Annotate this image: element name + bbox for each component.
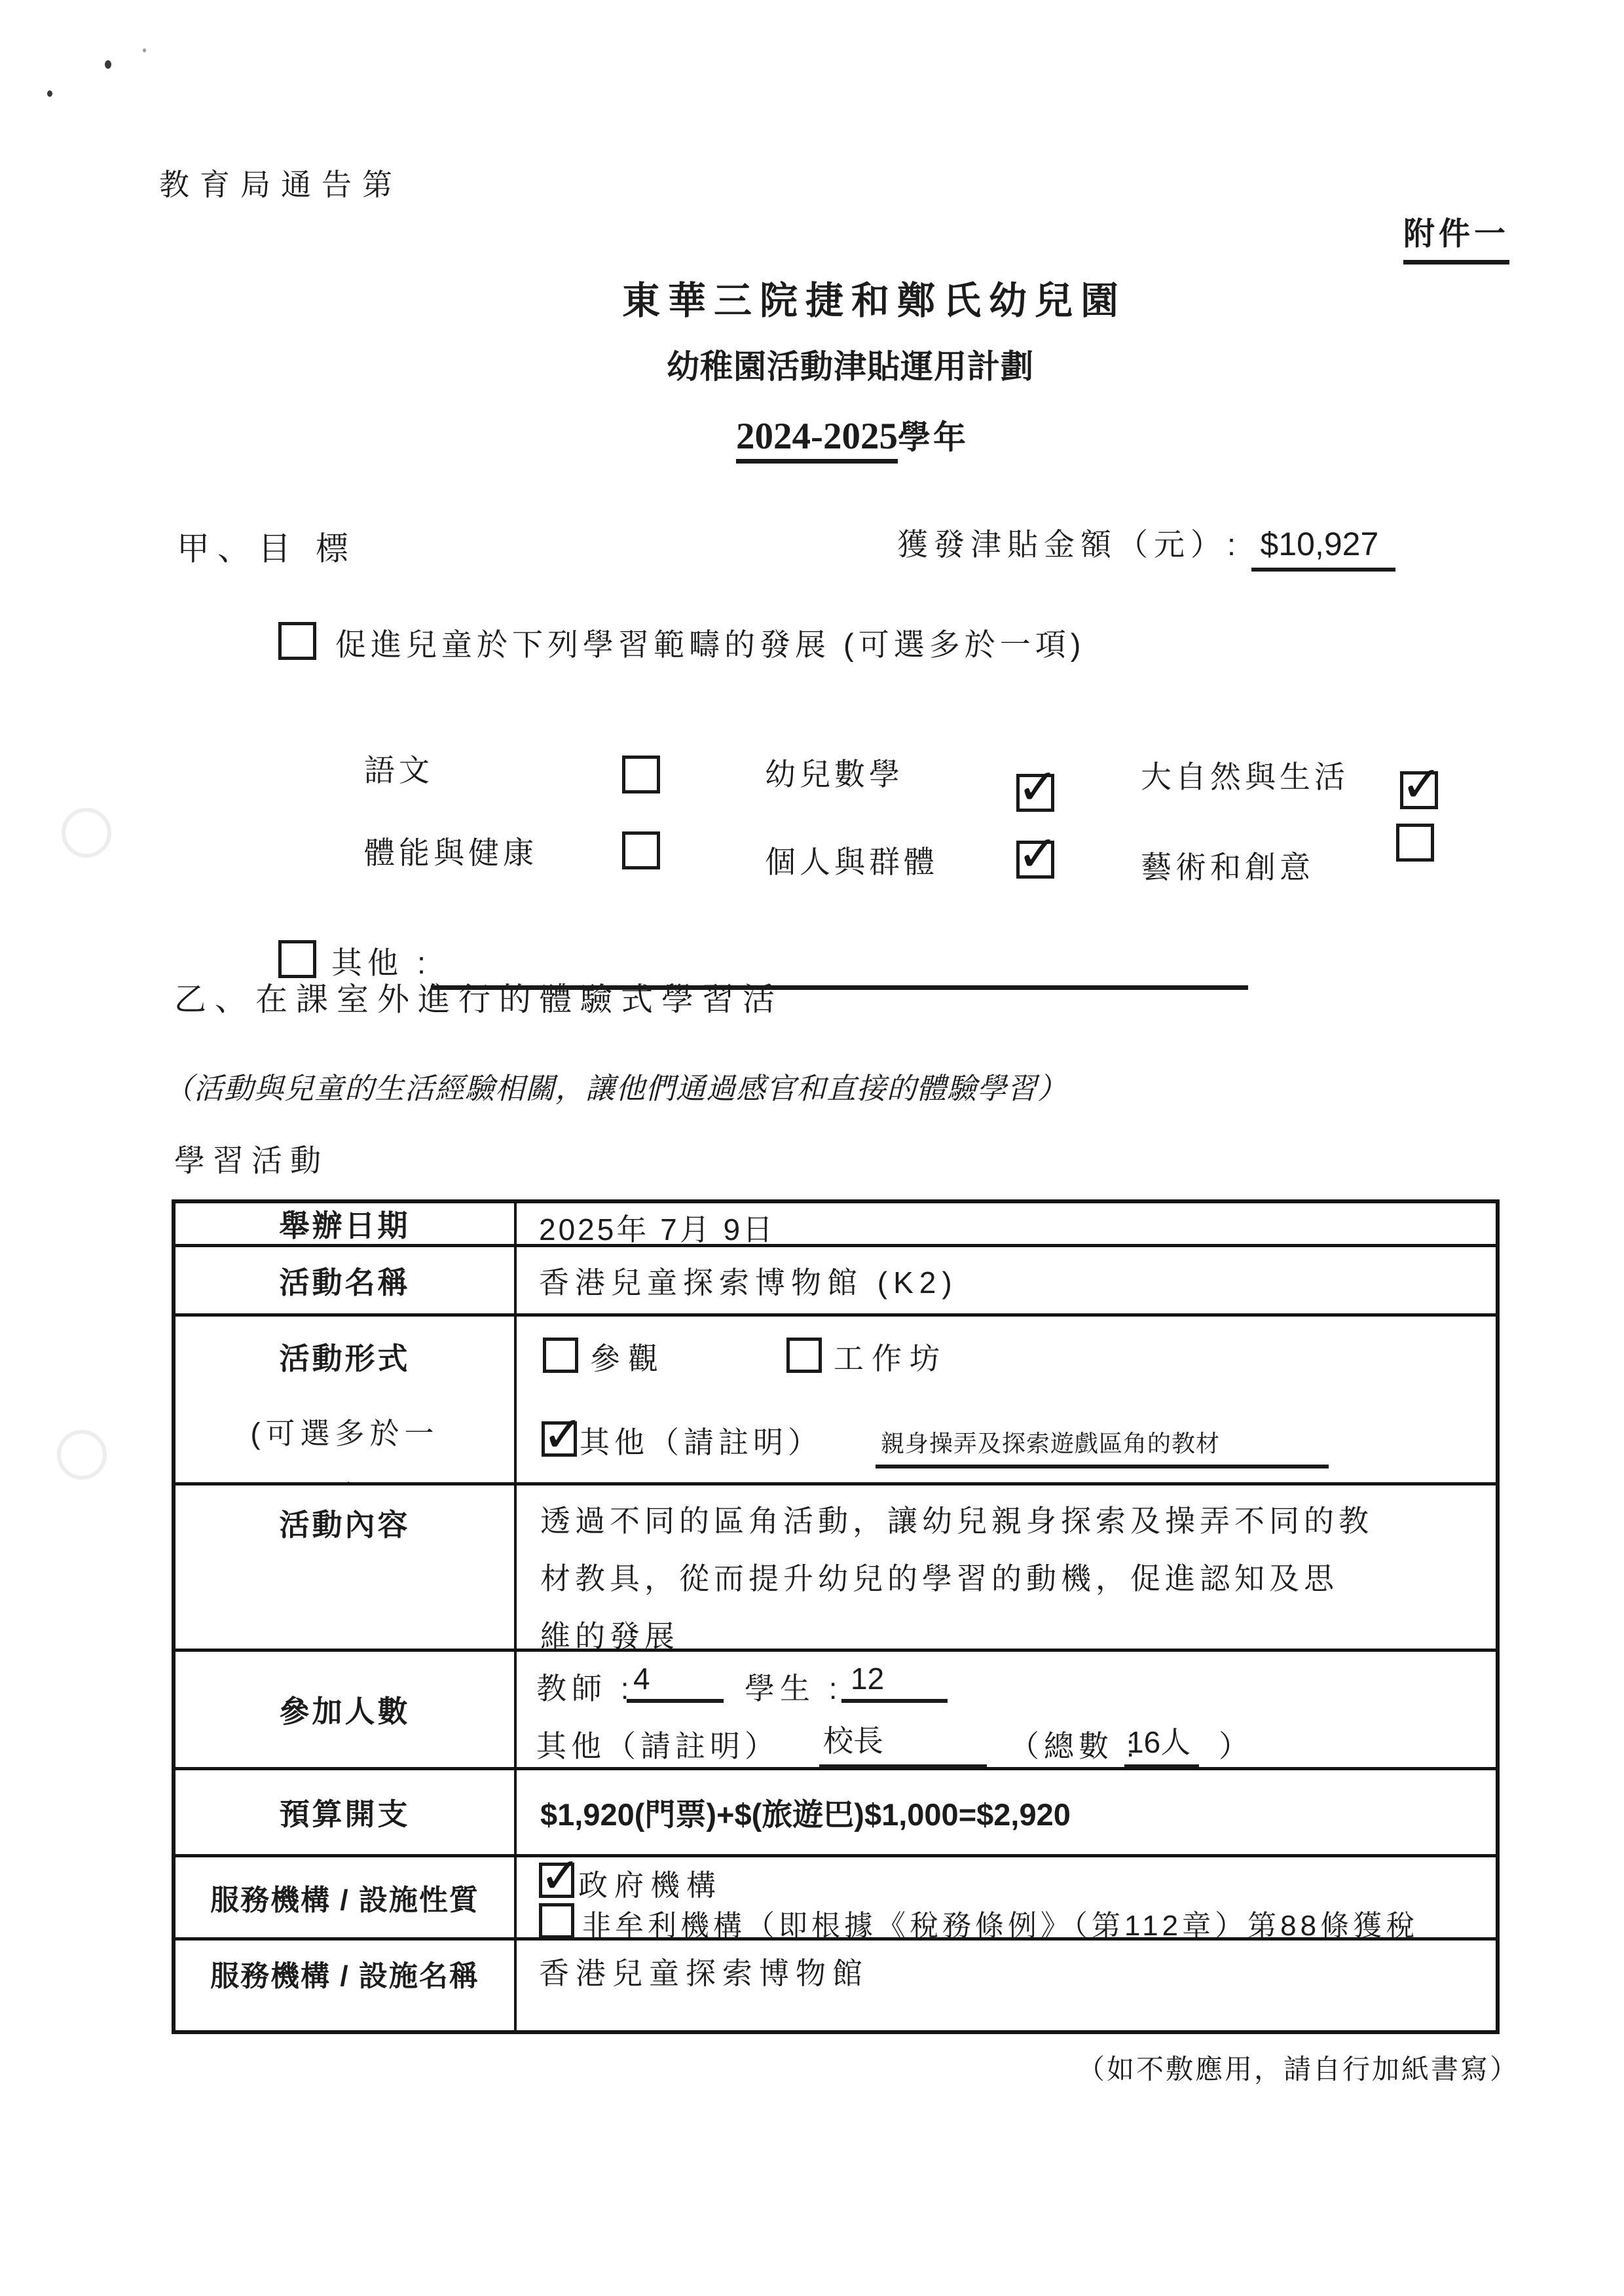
gov-org-label: 政府機構 xyxy=(578,1861,722,1904)
table-row-budget: 預算開支 $1,920(門票)+$(旅遊巴)$1,000=$2,920 xyxy=(175,1767,1496,1854)
teacher-label: 教師 : xyxy=(536,1665,635,1708)
row-value: 香港兒童探索博物館 xyxy=(517,1941,1496,2030)
format-other-label: 其他（請註明） xyxy=(580,1419,822,1462)
activity-table: 舉辦日期 2025年 7月 9日 活動名稱 香港兒童探索博物館 (K2) 活動形… xyxy=(172,1199,1500,2034)
teacher-count: 4 xyxy=(627,1661,724,1703)
punch-hole-mark xyxy=(57,1430,107,1480)
total-value: 16人 xyxy=(1124,1719,1199,1767)
student-label: 學生 : xyxy=(745,1665,843,1708)
row-label: 參加人數 xyxy=(175,1652,517,1767)
domain-label-language: 語文 xyxy=(364,746,434,790)
domain-checkbox-social xyxy=(1016,841,1054,879)
grant-amount-value: $10,927 xyxy=(1251,526,1396,572)
domain-label-nature: 大自然與生活 xyxy=(1141,753,1349,797)
ngo-org-label: 非牟利機構（即根據《稅務條例》（第112章）第88條獲稅 xyxy=(582,1902,1418,1937)
objective-checkbox xyxy=(278,622,316,660)
table-row-date: 舉辦日期 2025年 7月 9日 xyxy=(175,1203,1496,1244)
school-title: 東華三院捷和鄭氏幼兒園 xyxy=(622,270,1126,325)
attachment-label: 附件一 xyxy=(1403,208,1509,264)
scanned-form-page: 教育局通告第 附件一 東華三院捷和鄭氏幼兒園 幼稚園活動津貼運用計劃 2024-… xyxy=(0,0,1624,2296)
table-row-name: 活動名稱 香港兒童探索博物館 (K2) xyxy=(175,1244,1496,1313)
row-label: 活動形式 (可選多於一 項) xyxy=(175,1317,517,1482)
row-label: 服務機構 / 設施性質 xyxy=(175,1857,517,1937)
section-b-heading: 乙、在課室外進行的體驗式學習活 xyxy=(174,974,783,1020)
content-line-clipped: 維的發展 xyxy=(540,1607,1479,1649)
section-b-note: （活動與兒童的生活經驗相關，讓他們通過感官和直接的體驗學習） xyxy=(164,1065,1067,1107)
format-other-note: 親身操弄及探索遊戲區角的教材 xyxy=(881,1425,1220,1459)
activity-name: 香港兒童探索博物館 (K2) xyxy=(539,1259,958,1302)
domain-checkbox-nature xyxy=(1400,771,1438,809)
table-row-org-type: 服務機構 / 設施性質 政府機構 非牟利機構（即根據《稅務條例》（第112章）第… xyxy=(175,1854,1496,1937)
format-label: 活動形式 xyxy=(280,1335,411,1378)
row-label: 服務機構 / 設施名稱 xyxy=(175,1941,517,2030)
domain-label-math: 幼兒數學 xyxy=(765,750,904,794)
row-value: $1,920(門票)+$(旅遊巴)$1,000=$2,920 xyxy=(517,1770,1496,1854)
row-value: 政府機構 非牟利機構（即根據《稅務條例》（第112章）第88條獲稅 xyxy=(517,1857,1496,1937)
table-row-org-name: 服務機構 / 設施名稱 香港兒童探索博物館 xyxy=(175,1937,1496,2030)
participants-other-label: 其他（請註明） xyxy=(536,1722,779,1766)
punch-hole-mark xyxy=(62,808,111,858)
row-label: 預算開支 xyxy=(175,1770,517,1854)
activity-date: 2025年 7月 9日 xyxy=(539,1206,775,1244)
other-domain-checkbox xyxy=(278,940,316,978)
row-value: 香港兒童探索博物館 (K2) xyxy=(517,1247,1496,1313)
domain-label-social: 個人與群體 xyxy=(765,838,938,882)
scan-speck xyxy=(105,60,111,69)
plan-title: 幼稚園活動津貼運用計劃 xyxy=(667,340,1034,388)
scan-speck xyxy=(47,90,52,97)
section-a-heading: 甲、目 標 xyxy=(177,522,356,570)
domain-label-physical: 體能與健康 xyxy=(364,829,538,873)
format-other-blank-line xyxy=(876,1465,1329,1468)
grant-amount-label: 獲發津貼金額（元）: xyxy=(897,527,1242,562)
total-label: （總數 : xyxy=(1009,1722,1139,1766)
domain-checkbox-language xyxy=(622,756,660,793)
scan-speck xyxy=(143,48,146,52)
ngo-org-checkbox xyxy=(539,1903,574,1937)
visit-checkbox xyxy=(543,1338,578,1373)
workshop-checkbox xyxy=(786,1338,822,1373)
objective-text: 促進兒童於下列學習範疇的發展 (可選多於一項) xyxy=(335,621,1085,665)
row-label: 活動內容 xyxy=(175,1485,517,1649)
learning-activity-heading: 學習活動 xyxy=(174,1137,329,1180)
school-year: 2024-2025 xyxy=(736,416,898,464)
format-label-note-clipped: 項) xyxy=(323,1472,367,1482)
format-other-checkbox xyxy=(542,1421,577,1457)
row-value: 參觀 工作坊 其他（請註明） 親身操弄及探索遊戲區角的教材 xyxy=(517,1317,1496,1482)
workshop-label: 工作坊 xyxy=(834,1335,948,1378)
school-year-suffix: 學年 xyxy=(898,419,969,456)
total-close: ） xyxy=(1219,1722,1249,1766)
table-row-participants: 參加人數 教師 : 4 學生 : 12 其他（請註明） 校長 （總數 : 16人… xyxy=(175,1649,1496,1767)
domain-label-arts: 藝術和創意 xyxy=(1141,843,1314,887)
gov-org-checkbox xyxy=(539,1863,574,1898)
row-value: 透過不同的區角活動，讓幼兒親身探索及操弄不同的教 材教具，從而提升幼兒的學習的動… xyxy=(517,1485,1496,1649)
budget-value: $1,920(門票)+$(旅遊巴)$1,000=$2,920 xyxy=(517,1791,1071,1834)
table-footnote: （如不敷應用，請自行加紙書寫） xyxy=(1077,2048,1519,2087)
row-label: 舉辦日期 xyxy=(175,1203,517,1244)
row-value: 2025年 7月 9日 xyxy=(517,1203,1496,1244)
domain-checkbox-arts xyxy=(1396,824,1434,862)
content-line: 透過不同的區角活動，讓幼兒親身探索及操弄不同的教 xyxy=(540,1492,1479,1550)
org-name-value: 香港兒童探索博物館 xyxy=(539,1950,869,1993)
visit-label: 參觀 xyxy=(590,1335,666,1378)
content-line: 材教具，從而提升幼兒的學習的動機，促進認知及思 xyxy=(540,1550,1479,1607)
row-label: 活動名稱 xyxy=(175,1247,517,1313)
row-value: 教師 : 4 學生 : 12 其他（請註明） 校長 （總數 : 16人 ） xyxy=(517,1652,1496,1767)
format-label-note: (可選多於一 xyxy=(251,1410,439,1452)
table-row-content: 活動內容 透過不同的區角活動，讓幼兒親身探索及操弄不同的教 材教具，從而提升幼兒… xyxy=(175,1482,1496,1649)
domain-checkbox-math xyxy=(1016,774,1054,812)
student-count: 12 xyxy=(841,1661,948,1703)
participants-other-value: 校長 xyxy=(819,1717,987,1767)
domain-checkbox-physical xyxy=(622,831,660,869)
table-row-format: 活動形式 (可選多於一 項) 參觀 工作坊 其他（請註明） 親身操弄及探索遊戲區… xyxy=(175,1313,1496,1482)
notice-header: 教育局通告第 xyxy=(159,161,403,204)
